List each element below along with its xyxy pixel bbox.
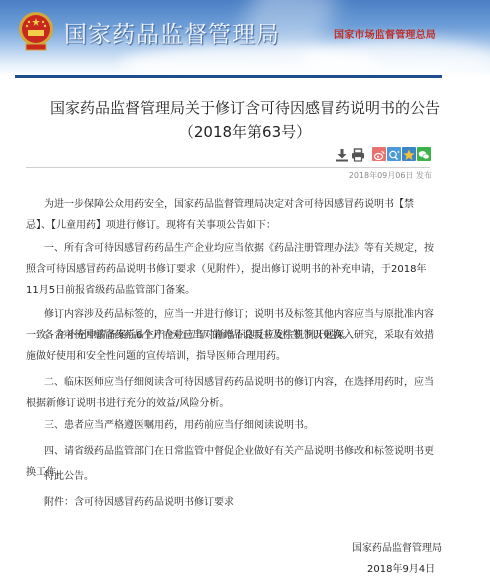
article-title: 国家药品监督管理局关于修订含可待因感冒药说明书的公告: [0, 97, 490, 118]
section-three-paragraph: 三、患者应当严格遵医嘱用药，用药前应当仔细阅读说明书。: [26, 415, 434, 436]
attachment-link[interactable]: 附件：含可待因感冒药药品说明书修订要求: [26, 492, 434, 513]
wechat-share-button[interactable]: [417, 147, 431, 161]
parent-org-link[interactable]: 国家市场监督管理总局: [334, 26, 436, 41]
qzone-icon: [387, 148, 401, 162]
toolbar-divider: [26, 167, 430, 168]
signature-date: 2018年9月4日: [367, 560, 435, 575]
weibo-share-button[interactable]: [372, 147, 386, 161]
qzone-share-button[interactable]: [387, 147, 401, 161]
print-icon[interactable]: [351, 148, 365, 162]
site-name[interactable]: 国家药品监督管理局: [64, 16, 280, 49]
header-divider: [15, 75, 442, 78]
banner-cloud: [300, 40, 490, 76]
weibo-icon: [372, 148, 386, 162]
closing-statement: 特此公告。: [26, 466, 434, 487]
publish-date: 2018年09月06日 发布: [349, 170, 432, 181]
download-icon[interactable]: [335, 148, 349, 162]
article-number: （2018年第63号）: [0, 121, 490, 142]
signature-org: 国家药品监督管理局: [352, 539, 442, 554]
star-icon: [402, 148, 416, 162]
section-one-paragraph: 一、所有含可待因感冒药药品生产企业均应当依据《药品注册管理办法》等有关规定，按照…: [26, 238, 434, 301]
intro-paragraph: 为进一步保障公众用药安全，国家药品监督管理局决定对含可待因感冒药说明书【禁忌】、…: [26, 194, 434, 236]
favorite-share-button[interactable]: [402, 147, 416, 161]
section-one-research-paragraph: 各含可待因感冒药药品生产企业应当对新增不良反应发生机制开展深入研究，采取有效措施…: [26, 325, 434, 367]
national-emblem-icon[interactable]: [16, 10, 56, 54]
section-two-paragraph: 二、临床医师应当仔细阅读含可待因感冒药药品说明书的修订内容，在选择用药时，应当根…: [26, 372, 434, 414]
wechat-icon: [417, 148, 431, 162]
site-header-banner: 国家药品监督管理局 国家市场监督管理总局: [0, 0, 490, 76]
